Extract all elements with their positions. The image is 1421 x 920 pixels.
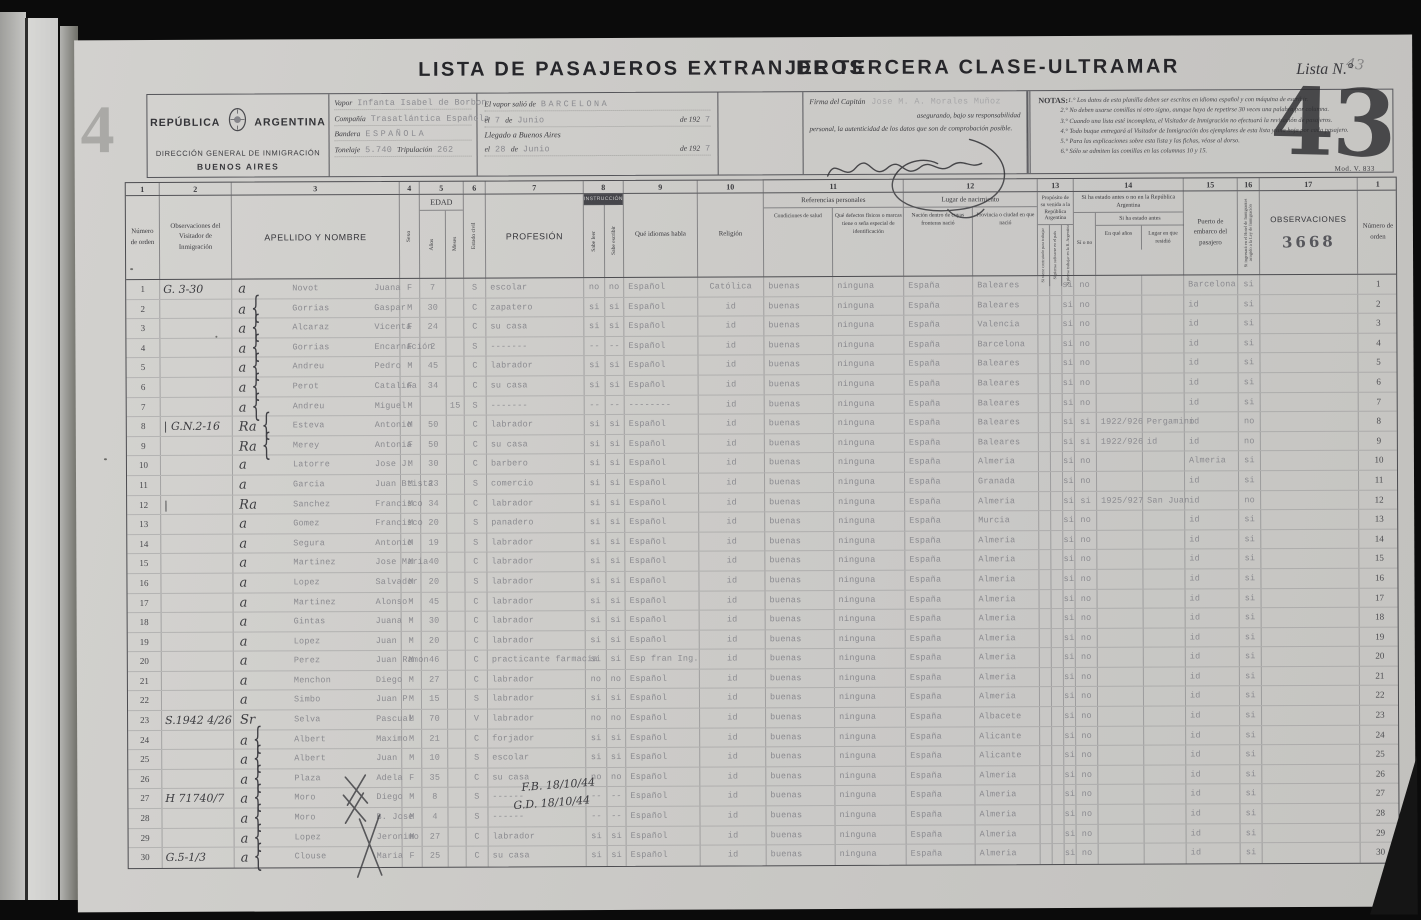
cell-ap: Simbo <box>290 691 372 710</box>
cell-rel: id <box>700 806 766 825</box>
cell-ant: si <box>1075 413 1097 432</box>
cell-prof: su casa <box>487 435 585 454</box>
cell-mark: a <box>234 652 290 671</box>
col-idiomas-header: Qué idiomas habla <box>633 230 688 240</box>
cell-lug <box>1143 511 1185 530</box>
col-prop2-header: Si piensa radicarse en el país <box>1053 231 1058 279</box>
cell-ec: S <box>466 749 488 768</box>
cell-nom: Antonia <box>371 436 401 455</box>
cell-sx: M <box>401 514 421 533</box>
cell-pue: id <box>1185 550 1239 569</box>
cell-nom: Catalina <box>371 377 401 396</box>
cell-rel: id <box>701 826 767 845</box>
cell-n2: 6 <box>1359 373 1399 392</box>
cell-mark: a <box>233 475 289 494</box>
cell-p2 <box>1051 472 1063 491</box>
cell-obs: G.5-1/3 <box>163 848 235 868</box>
cell-obs <box>162 730 234 749</box>
cell-def: ninguna <box>834 492 905 511</box>
cell-mark: a <box>233 515 289 534</box>
cell-pue: id <box>1186 608 1240 627</box>
cell-rel: id <box>700 787 766 806</box>
col-proposito-header: Propósito de su venida a la República Ar… <box>1038 192 1073 225</box>
cell-p1 <box>1040 668 1052 687</box>
cell-def: ninguna <box>834 531 905 550</box>
cell-lug: id <box>1143 432 1185 451</box>
cell-an: 20 <box>421 573 447 592</box>
cell-def: ninguna <box>835 747 906 766</box>
cell-lee: -- <box>586 807 607 826</box>
cell-n2: 1 <box>1358 275 1398 294</box>
cell-ant: no <box>1074 354 1096 373</box>
cell-ant: no <box>1076 648 1098 667</box>
column-number: 1 <box>126 183 160 195</box>
cell-ec: S <box>465 533 487 552</box>
cell-anos <box>1096 276 1142 295</box>
cell-ap: Albert <box>290 749 372 768</box>
cell-p1 <box>1039 433 1051 452</box>
cell-sx: M <box>401 534 421 553</box>
cell-def: ninguna <box>835 649 906 668</box>
col-prop1-header: Si viene contratado para trabajar <box>1041 228 1046 282</box>
cell-obs <box>162 691 234 710</box>
cell-anos <box>1097 570 1143 589</box>
cell-an: 20 <box>421 514 447 533</box>
cell-anos <box>1097 472 1143 491</box>
cell-anos <box>1098 766 1144 785</box>
cell-esc: si <box>606 552 625 571</box>
cell-lee: si <box>585 513 606 532</box>
cell-anos <box>1098 628 1144 647</box>
cell-prov: Almeria <box>974 550 1039 569</box>
cell-p2 <box>1052 785 1064 804</box>
cell-pue: id <box>1186 706 1240 725</box>
cell-me <box>448 690 466 709</box>
cell-nac: España <box>906 688 975 707</box>
cell-hot: no <box>1239 491 1261 510</box>
cell-pue: id <box>1187 843 1241 863</box>
cell-hot: si <box>1238 295 1260 314</box>
cell-ant: no <box>1077 844 1099 864</box>
cell-obs <box>162 652 234 671</box>
cell-sx: M <box>401 416 421 435</box>
cell-obv <box>1261 392 1359 411</box>
cell-me <box>447 553 465 572</box>
cell-esc: si <box>606 493 625 512</box>
cell-obs: H 71740/7 <box>162 789 234 808</box>
cell-p1 <box>1039 492 1051 511</box>
cell-n: 22 <box>128 691 162 710</box>
cell-prof: labrador <box>489 827 587 846</box>
cell-prov: Almeria <box>975 688 1040 707</box>
cell-lug <box>1142 315 1184 334</box>
cell-sal: buenas <box>764 355 833 374</box>
cell-an: 30 <box>420 298 446 317</box>
cell-esc: si <box>606 533 625 552</box>
cell-esc: si <box>607 611 626 630</box>
col-escribe-header: Sabe escribir <box>611 226 617 255</box>
cell-sx: M <box>403 827 423 846</box>
cell-prov: Almeria <box>974 570 1039 589</box>
cell-sx: M <box>400 298 420 317</box>
cell-nom: B. Jose <box>372 808 402 827</box>
col-name-header: APELLIDO Y NOMBRE <box>264 232 366 242</box>
cell-prof: barbero <box>487 454 585 473</box>
cell-pue: id <box>1184 354 1238 373</box>
cell-nom: Alonso <box>372 592 402 611</box>
cell-prof: labrador <box>487 494 585 513</box>
cell-obv <box>1260 334 1358 353</box>
cell-n: 4 <box>126 339 160 358</box>
cell-prop: si <box>1064 805 1076 824</box>
cell-me: 15 <box>447 396 465 415</box>
cell-prov: Almeria <box>975 648 1040 667</box>
cell-nac: España <box>905 551 974 570</box>
cell-def: ninguna <box>834 394 905 413</box>
cell-p1 <box>1040 629 1052 648</box>
cell-n: 1 <box>126 280 160 299</box>
cell-lug <box>1142 354 1184 373</box>
cell-ap: Gintas <box>290 612 372 631</box>
cell-me <box>447 416 465 435</box>
cell-sx: M <box>402 632 422 651</box>
col-profesion-header: PROFESIÓN <box>506 231 563 241</box>
cell-n: 19 <box>128 633 162 652</box>
cell-rel: Católica <box>698 277 764 296</box>
cell-prop: si <box>1063 492 1075 511</box>
cell-pue: id <box>1186 746 1240 765</box>
cell-def: ninguna <box>834 414 905 433</box>
cell-ant: si <box>1075 491 1097 510</box>
cell-sal: buenas <box>766 669 835 688</box>
cell-n2: 14 <box>1359 529 1399 548</box>
cell-def: ninguna <box>834 512 905 531</box>
cell-n2: 24 <box>1360 725 1400 744</box>
cell-anos: 1925/927 <box>1097 491 1143 510</box>
cell-sx: M <box>402 729 422 748</box>
cell-ap: Perez <box>290 651 372 670</box>
paper-speck <box>104 458 107 460</box>
table-body: 1G. 3-30aNovotJuanaF7SescolarnonoEspañol… <box>126 275 1399 868</box>
cell-idi: Español <box>626 709 700 728</box>
cell-an: 21 <box>422 729 448 748</box>
cell-esc: si <box>607 591 626 610</box>
cell-sal: buenas <box>767 826 836 845</box>
cell-pue: id <box>1185 510 1239 529</box>
cell-pue: id <box>1185 412 1239 431</box>
cell-esc: si <box>606 513 625 532</box>
cell-nac: España <box>906 590 975 609</box>
cell-prov: Granada <box>974 472 1039 491</box>
cell-hot: si <box>1240 745 1262 764</box>
cell-hot: si <box>1239 530 1261 549</box>
cell-obv <box>1262 608 1360 627</box>
cell-idi: Español <box>625 434 699 453</box>
cell-lee: si <box>585 572 606 591</box>
cell-n2: 22 <box>1360 686 1400 705</box>
cell-p1 <box>1038 296 1050 315</box>
cell-ant: no <box>1074 335 1096 354</box>
col-sino-header: Sí o no <box>1075 236 1094 252</box>
cell-sx: M <box>401 494 421 513</box>
cell-nom: Encarnación <box>370 338 400 357</box>
page-watermark: 4 <box>80 90 114 169</box>
cell-lee: si <box>587 846 608 866</box>
puerto-salida-value: BARCELONA <box>541 99 609 109</box>
cell-lug <box>1143 471 1185 490</box>
cell-n: 24 <box>128 731 162 750</box>
cell-idi: Esp fran Ing. <box>626 650 700 669</box>
cell-obv <box>1261 451 1359 470</box>
cell-nom: Salvador <box>371 573 401 592</box>
cell-ec: C <box>467 827 489 846</box>
cell-p2 <box>1051 492 1063 511</box>
cell-n2: 2 <box>1358 294 1398 313</box>
cell-p2 <box>1051 550 1063 569</box>
cell-sal: buenas <box>766 786 835 805</box>
cell-sal: buenas <box>765 532 834 551</box>
compania-value: Trasatlántica Española <box>371 113 490 124</box>
cell-obv <box>1262 765 1360 784</box>
cell-obv <box>1262 745 1360 764</box>
cell-me <box>448 612 466 631</box>
cell-prof: su casa <box>487 376 585 395</box>
cell-ap: Latorre <box>289 455 371 474</box>
cell-p1 <box>1040 590 1052 609</box>
de-label: de <box>505 115 512 124</box>
cell-prov: Murcia <box>974 511 1039 530</box>
col-religion-header: Religión <box>717 230 744 240</box>
cell-anos <box>1097 393 1143 412</box>
cell-nac: España <box>905 531 974 550</box>
header-blank-cell <box>718 92 803 174</box>
cell-esc: si <box>607 650 626 669</box>
cell-an: 45 <box>422 592 448 611</box>
cell-p2 <box>1051 394 1063 413</box>
cell-nom: Jose J. <box>371 455 401 474</box>
cell-obs <box>161 515 233 534</box>
cell-rel: id <box>700 689 766 708</box>
cell-an: 7 <box>420 279 446 298</box>
cell-lee: si <box>585 454 606 473</box>
cell-sal: buenas <box>764 297 833 316</box>
registry-stamp: 3668 <box>1281 232 1335 251</box>
cell-sal: buenas <box>764 316 833 335</box>
cell-esc: si <box>607 729 626 748</box>
cell-sal: buenas <box>766 649 835 668</box>
cell-rel: id <box>699 532 765 551</box>
cell-ap: Martinez <box>290 593 372 612</box>
cell-me <box>446 298 464 317</box>
cell-prop: si <box>1064 589 1076 608</box>
cell-prof: ------- <box>486 337 584 356</box>
cell-pue: id <box>1186 785 1240 804</box>
cell-obv <box>1262 706 1360 725</box>
cell-ant: no <box>1076 766 1098 785</box>
cell-def: ninguna <box>834 473 905 492</box>
cell-esc: si <box>606 376 625 395</box>
cell-p2 <box>1051 511 1063 530</box>
cell-prov: Almeria <box>975 766 1040 785</box>
cell-nom: Juan <box>372 749 402 768</box>
cell-n: 10 <box>127 456 161 475</box>
cell-anos <box>1099 824 1145 843</box>
cell-idi: Español <box>626 728 700 747</box>
cell-prof: escolar <box>488 748 586 767</box>
cell-ap: Gorrias <box>288 299 370 318</box>
cell-lee: no <box>586 670 607 689</box>
cell-p2 <box>1050 296 1062 315</box>
cell-nac: España <box>904 296 973 315</box>
cell-prop: si <box>1064 707 1076 726</box>
cell-p1 <box>1040 727 1052 746</box>
cell-nom: Vicenta <box>370 318 400 337</box>
cell-n2: 12 <box>1359 490 1399 509</box>
cell-lee: no <box>586 709 607 728</box>
cell-obs <box>162 809 234 828</box>
cell-obv <box>1260 275 1358 294</box>
cell-prov: Almeria <box>975 609 1040 628</box>
col-num2-header: Número de orden <box>1358 222 1398 243</box>
cell-def: ninguna <box>834 551 905 570</box>
cell-me <box>447 455 465 474</box>
cell-ap: Garcia <box>289 475 371 494</box>
agency-name-left: REPÚBLICA <box>150 116 220 128</box>
cell-me <box>447 573 465 592</box>
cell-hot: si <box>1240 765 1262 784</box>
agency-city: BUENOS AIRES <box>148 161 329 172</box>
cell-p1 <box>1038 354 1050 373</box>
cell-an: 50 <box>421 435 447 454</box>
cell-ant: no <box>1076 629 1098 648</box>
tonelaje-label: Tonelaje <box>335 145 361 154</box>
col-estado-antes-header: Si ha estado antes <box>1096 212 1184 226</box>
cell-ec: C <box>465 377 487 396</box>
cell-prop: si <box>1064 668 1076 687</box>
cell-prov: Almeria <box>975 786 1040 805</box>
column-number: 12 <box>904 179 1038 192</box>
column-number: 4 <box>400 182 420 194</box>
cell-sal: buenas <box>767 845 836 865</box>
cell-pue: id <box>1186 667 1240 686</box>
cell-ant: no <box>1076 746 1098 765</box>
dia-llegada-value: 28 <box>495 144 506 154</box>
cell-ec: S <box>465 474 487 493</box>
cell-ap: Lopez <box>289 573 371 592</box>
cell-an: 25 <box>423 847 449 867</box>
cell-anos <box>1098 785 1144 804</box>
cell-anos <box>1097 550 1143 569</box>
cell-prof: labrador <box>488 592 586 611</box>
cell-idi: Español <box>626 748 700 767</box>
cell-nom: Juana <box>372 612 402 631</box>
cell-mark: Ra <box>233 495 289 514</box>
cell-ap: Lopez <box>291 828 373 847</box>
cell-sal: buenas <box>766 708 835 727</box>
cell-obs <box>160 358 232 377</box>
cell-sal: buenas <box>766 806 835 825</box>
voyage-box: El vapor salió de BARCELONA el 7 de Juni… <box>477 93 718 176</box>
cell-obv <box>1261 373 1359 392</box>
cell-sx: F <box>400 318 420 337</box>
cell-nac: España <box>904 276 973 295</box>
cell-hot: si <box>1239 510 1261 529</box>
col-hotel-header: Si ingresará en el Hotel de Inmigrantes … <box>1243 195 1253 271</box>
cell-obv <box>1261 412 1359 431</box>
cell-prop: si <box>1065 825 1077 844</box>
col-instruccion-header: INSTRUCCIÓN <box>584 194 623 205</box>
cell-sx: F <box>403 847 423 867</box>
cell-obs <box>162 672 234 691</box>
cell-esc: si <box>607 689 626 708</box>
col-salud-header: Condiciones de salud <box>772 208 824 224</box>
cell-nac: España <box>906 786 975 805</box>
cell-obs: S.1942 4/26 <box>162 711 234 730</box>
cell-n: 13 <box>127 515 161 534</box>
cell-lee: si <box>585 435 606 454</box>
cell-idi: Español <box>625 572 699 591</box>
col-lugar-header: Lugar de nacimiento <box>904 192 1037 207</box>
cell-p1 <box>1039 394 1051 413</box>
cell-prof: labrador <box>487 415 585 434</box>
cell-prof: panadero <box>487 513 585 532</box>
cell-nom: Diego <box>372 671 402 690</box>
cell-prof: forjador <box>488 729 586 748</box>
cell-prop: si <box>1064 785 1076 804</box>
cell-rel: id <box>698 336 764 355</box>
cell-an: 46 <box>422 651 448 670</box>
table-header: Número de orden Observaciones del Visita… <box>126 191 1396 281</box>
cell-rel: id <box>699 454 765 473</box>
col-num-header: Número de orden <box>126 227 159 248</box>
cell-ec: C <box>467 847 489 867</box>
cell-me <box>448 651 466 670</box>
cell-ant: no <box>1075 393 1097 412</box>
cell-p1 <box>1039 531 1051 550</box>
column-number: 16 <box>1238 178 1260 190</box>
cell-prof: labrador <box>488 690 586 709</box>
cell-hot: si <box>1240 628 1262 647</box>
col-defectos-header: Qué defectos físicos o marcas tiene o se… <box>833 207 904 240</box>
cell-pue: Almeria <box>1185 452 1239 471</box>
cell-ant: no <box>1076 727 1098 746</box>
cell-pue: id <box>1186 687 1240 706</box>
cell-p1 <box>1039 550 1051 569</box>
cell-obv <box>1262 588 1360 607</box>
cell-def: ninguna <box>834 571 905 590</box>
cell-ant: no <box>1075 472 1097 491</box>
cell-an: 24 <box>420 318 446 337</box>
cell-prof: escolar <box>486 278 584 297</box>
cell-nom: Miguel <box>371 396 401 415</box>
cell-sx: M <box>401 475 421 494</box>
cell-def: ninguna <box>835 806 906 825</box>
cell-ec: C <box>465 494 487 513</box>
cell-n: 25 <box>128 750 162 769</box>
cell-idi: Español <box>625 532 699 551</box>
cell-obs <box>162 632 234 651</box>
agency-subtitle: DIRECCIÓN GENERAL DE INMIGRACIÓN <box>148 148 329 158</box>
cell-prov: Baleares <box>974 394 1039 413</box>
cell-obv <box>1261 490 1359 509</box>
cell-esc: si <box>608 846 627 866</box>
cell-prov: Alicante <box>975 746 1040 765</box>
cell-idi: Español <box>626 787 700 806</box>
cell-lee: si <box>586 631 607 650</box>
cell-obv <box>1261 549 1359 568</box>
cell-prov: Almeria <box>975 668 1040 687</box>
cell-nom: Juan Ramon <box>372 651 402 670</box>
